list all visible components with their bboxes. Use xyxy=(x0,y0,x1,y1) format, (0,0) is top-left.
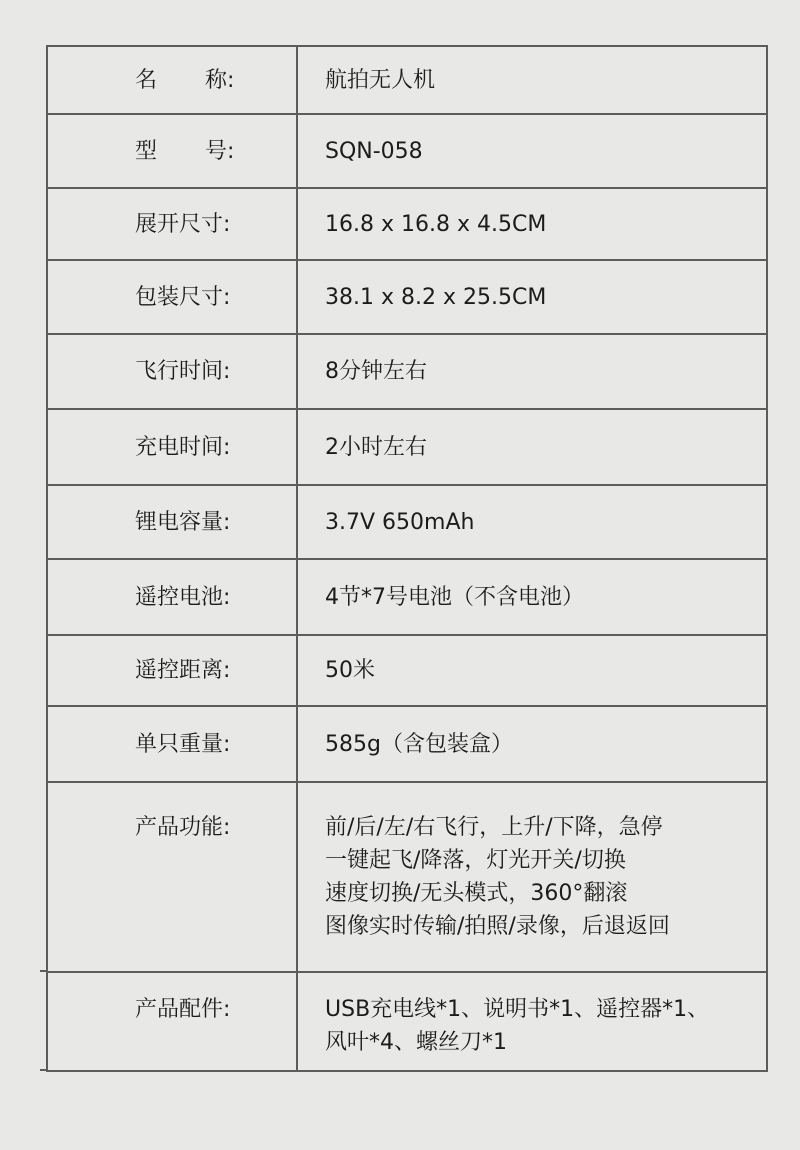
spec-value: SQN-058 xyxy=(297,114,767,188)
label-part: 名 xyxy=(135,68,157,93)
spec-row-model: 型号: SQN-058 xyxy=(47,114,767,188)
spec-value: 航拍无人机 xyxy=(297,46,767,114)
spec-value: 50米 xyxy=(297,635,767,706)
label-part: 称: xyxy=(205,68,234,93)
spec-row-remote-battery: 遥控电池: 4节*7号电池（不含电池） xyxy=(47,559,767,635)
spec-label: 产品功能: xyxy=(47,782,297,972)
accessory-line: 风叶*4、螺丝刀*1 xyxy=(325,1026,766,1059)
accessory-line: USB充电线*1、说明书*1、遥控器*1、 xyxy=(325,993,766,1026)
spec-label: 充电时间: xyxy=(47,409,297,485)
spec-label: 产品配件: xyxy=(47,972,297,1071)
spec-label: 展开尺寸: xyxy=(47,188,297,260)
spec-value: 8分钟左右 xyxy=(297,334,767,409)
spec-label: 包装尺寸: xyxy=(47,260,297,334)
spec-value-multiline: USB充电线*1、说明书*1、遥控器*1、 风叶*4、螺丝刀*1 xyxy=(297,972,767,1071)
spec-value: 38.1 x 8.2 x 25.5CM xyxy=(297,260,767,334)
border-extension xyxy=(40,970,48,972)
spec-label: 锂电容量: xyxy=(47,485,297,559)
spec-row-charge-time: 充电时间: 2小时左右 xyxy=(47,409,767,485)
spec-value: 16.8 x 16.8 x 4.5CM xyxy=(297,188,767,260)
spec-row-unfolded-size: 展开尺寸: 16.8 x 16.8 x 4.5CM xyxy=(47,188,767,260)
spec-row-accessories: 产品配件: USB充电线*1、说明书*1、遥控器*1、 风叶*4、螺丝刀*1 xyxy=(47,972,767,1071)
spec-label: 遥控距离: xyxy=(47,635,297,706)
spec-label: 名称: xyxy=(47,46,297,114)
product-spec-table: 名称: 航拍无人机 型号: SQN-058 展开尺寸: 16.8 x 16.8 … xyxy=(46,45,768,1072)
spec-row-battery-capacity: 锂电容量: 3.7V 650mAh xyxy=(47,485,767,559)
function-line: 速度切换/无头模式，360°翻滚 xyxy=(325,877,766,910)
spec-row-name: 名称: 航拍无人机 xyxy=(47,46,767,114)
spec-value: 585g（含包装盒） xyxy=(297,706,767,782)
border-extension xyxy=(40,1069,48,1071)
function-line: 前/后/左/右飞行，上升/下降，急停 xyxy=(325,811,766,844)
label-part: 号: xyxy=(205,139,234,164)
spec-row-remote-distance: 遥控距离: 50米 xyxy=(47,635,767,706)
spec-label: 遥控电池: xyxy=(47,559,297,635)
spec-value: 4节*7号电池（不含电池） xyxy=(297,559,767,635)
spec-value: 3.7V 650mAh xyxy=(297,485,767,559)
function-line: 一键起飞/降落，灯光开关/切换 xyxy=(325,844,766,877)
function-line: 图像实时传输/拍照/录像，后退返回 xyxy=(325,910,766,943)
spec-value-multiline: 前/后/左/右飞行，上升/下降，急停 一键起飞/降落，灯光开关/切换 速度切换/… xyxy=(297,782,767,972)
label-part: 型 xyxy=(135,139,157,164)
spec-label: 单只重量: xyxy=(47,706,297,782)
spec-row-weight: 单只重量: 585g（含包装盒） xyxy=(47,706,767,782)
spec-label: 飞行时间: xyxy=(47,334,297,409)
spec-row-package-size: 包装尺寸: 38.1 x 8.2 x 25.5CM xyxy=(47,260,767,334)
spec-row-functions: 产品功能: 前/后/左/右飞行，上升/下降，急停 一键起飞/降落，灯光开关/切换… xyxy=(47,782,767,972)
spec-value: 2小时左右 xyxy=(297,409,767,485)
spec-row-flight-time: 飞行时间: 8分钟左右 xyxy=(47,334,767,409)
spec-label: 型号: xyxy=(47,114,297,188)
